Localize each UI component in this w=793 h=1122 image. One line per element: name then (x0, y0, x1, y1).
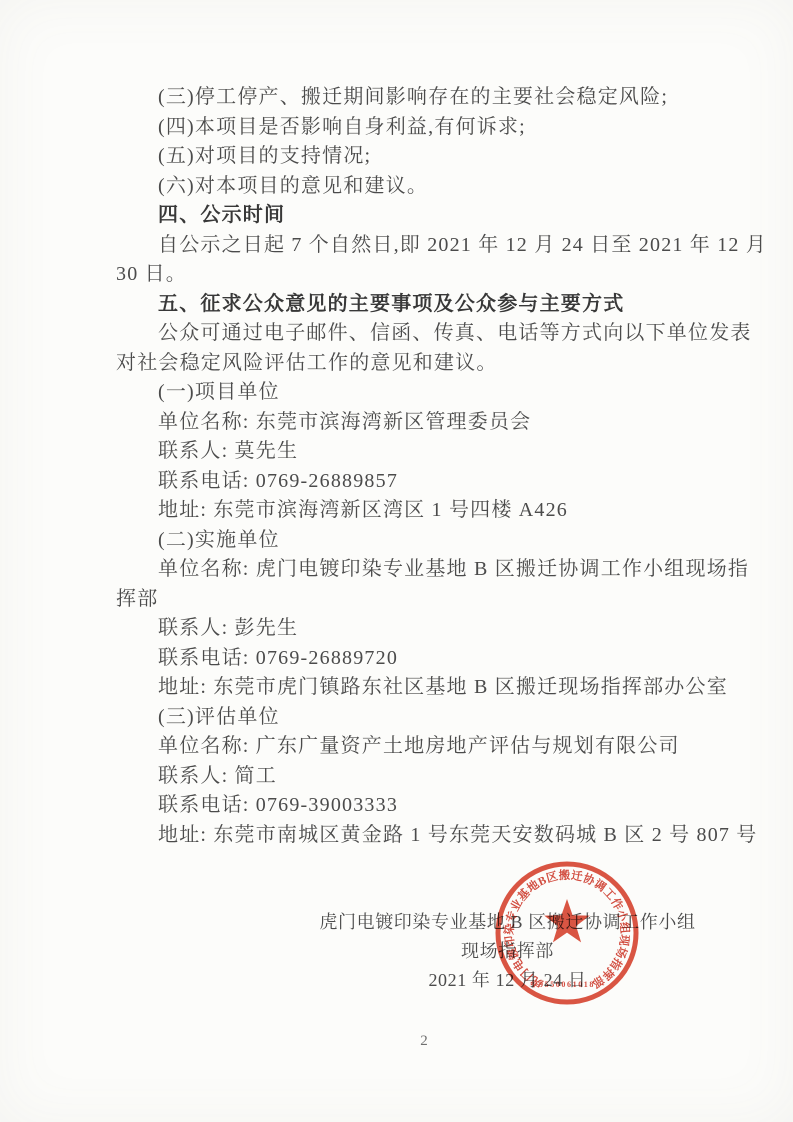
seal-code: 9550061018 (539, 980, 595, 989)
document-line: 挥部 (116, 585, 741, 615)
document-line: 联系人: 简工 (116, 762, 741, 792)
section-heading: 四、公示时间 (116, 201, 741, 231)
document-line: 单位名称: 东莞市滨海湾新区管理委员会 (116, 408, 741, 438)
document-line: (五)对项目的支持情况; (116, 142, 741, 172)
document-line: (四)本项目是否影响自身利益,有何诉求; (116, 113, 741, 143)
document-line: 联系电话: 0769-26889720 (116, 644, 741, 674)
document-line: (三)评估单位 (116, 703, 741, 733)
document-body: (三)停工停产、搬迁期间影响存在的主要社会稳定风险;(四)本项目是否影响自身利益… (116, 83, 741, 850)
document-line: (三)停工停产、搬迁期间影响存在的主要社会稳定风险; (116, 83, 741, 113)
document-line: 地址: 东莞市南城区黄金路 1 号东莞天安数码城 B 区 2 号 807 号 (116, 821, 741, 851)
document-line: 单位名称: 广东广量资产土地房地产评估与规划有限公司 (116, 732, 741, 762)
document-line: 联系电话: 0769-26889857 (116, 467, 741, 497)
section-heading: 五、征求公众意见的主要事项及公众参与主要方式 (116, 290, 741, 320)
document-line: 单位名称: 虎门电镀印染专业基地 B 区搬迁协调工作小组现场指 (116, 555, 741, 585)
document-line: 对社会稳定风险评估工作的意见和建议。 (116, 349, 741, 379)
document-line: 30 日。 (116, 260, 741, 290)
official-seal-stamp: 虎门电镀印染专业基地B区搬迁协调工作小组现场指挥部 9550061018 (492, 858, 642, 1008)
document-line: (二)实施单位 (116, 526, 741, 556)
document-line: (六)对本项目的意见和建议。 (116, 172, 741, 202)
page-number: 2 (394, 1033, 454, 1050)
seal-star-icon (544, 899, 590, 942)
document-line: 自公示之日起 7 个自然日,即 2021 年 12 月 24 日至 2021 年… (116, 231, 741, 261)
document-line: 联系人: 莫先生 (116, 437, 741, 467)
document-line: (一)项目单位 (116, 378, 741, 408)
document-line: 联系电话: 0769-39003333 (116, 791, 741, 821)
document-page: (三)停工停产、搬迁期间影响存在的主要社会稳定风险;(四)本项目是否影响自身利益… (0, 0, 793, 1122)
document-line: 地址: 东莞市虎门镇路东社区基地 B 区搬迁现场指挥部办公室 (116, 673, 741, 703)
document-line: 地址: 东莞市滨海湾新区湾区 1 号四楼 A426 (116, 496, 741, 526)
document-line: 公众可通过电子邮件、信函、传真、电话等方式向以下单位发表 (116, 319, 741, 349)
document-line: 联系人: 彭先生 (116, 614, 741, 644)
